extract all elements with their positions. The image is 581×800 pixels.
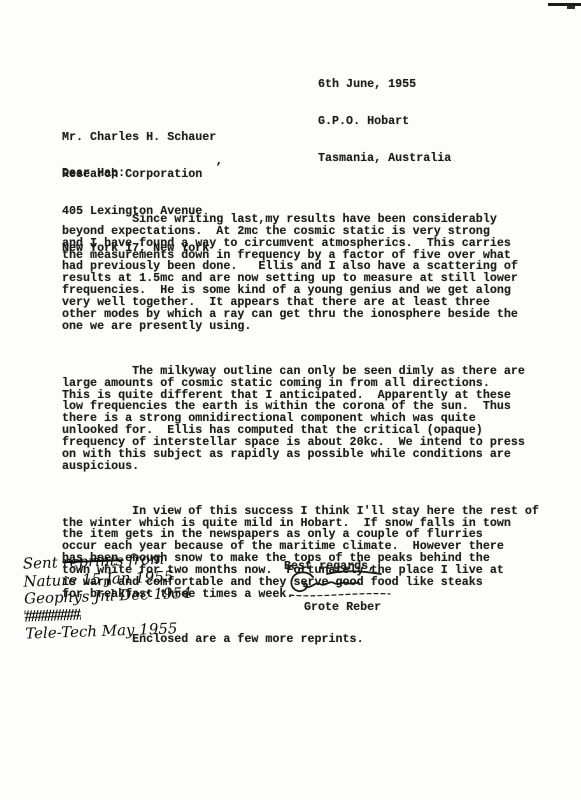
recipient-name: Mr. Charles H. Schauer — [62, 131, 216, 143]
paragraph-1: Since writing last,my results have been … — [62, 214, 534, 333]
signature-typed-name: Grote Reber — [304, 601, 381, 613]
date-line: 6th June, 1955 — [318, 78, 451, 90]
scan-artifact-tick-icon — [567, 6, 575, 9]
crossed-out-word — [24, 608, 80, 621]
location-line: Tasmania, Australia — [318, 152, 451, 164]
struck-word: reprints — [62, 551, 124, 571]
letter-page: 6th June, 1955 G.P.O. Hobart Tasmania, A… — [0, 0, 581, 800]
salutation: Dear Hap: — [62, 167, 125, 179]
scan-artifact-dash-icon — [548, 3, 581, 6]
date-block: 6th June, 1955 G.P.O. Hobart Tasmania, A… — [318, 53, 451, 189]
stray-apostrophe-mark: ’ — [215, 162, 222, 174]
po-box-line: G.P.O. Hobart — [318, 115, 451, 127]
handwritten-annotation: Sent reprints from Nature 15 Jan 1955 Ge… — [23, 547, 236, 642]
paragraph-2: The milkyway outline can only be seen di… — [62, 366, 534, 473]
